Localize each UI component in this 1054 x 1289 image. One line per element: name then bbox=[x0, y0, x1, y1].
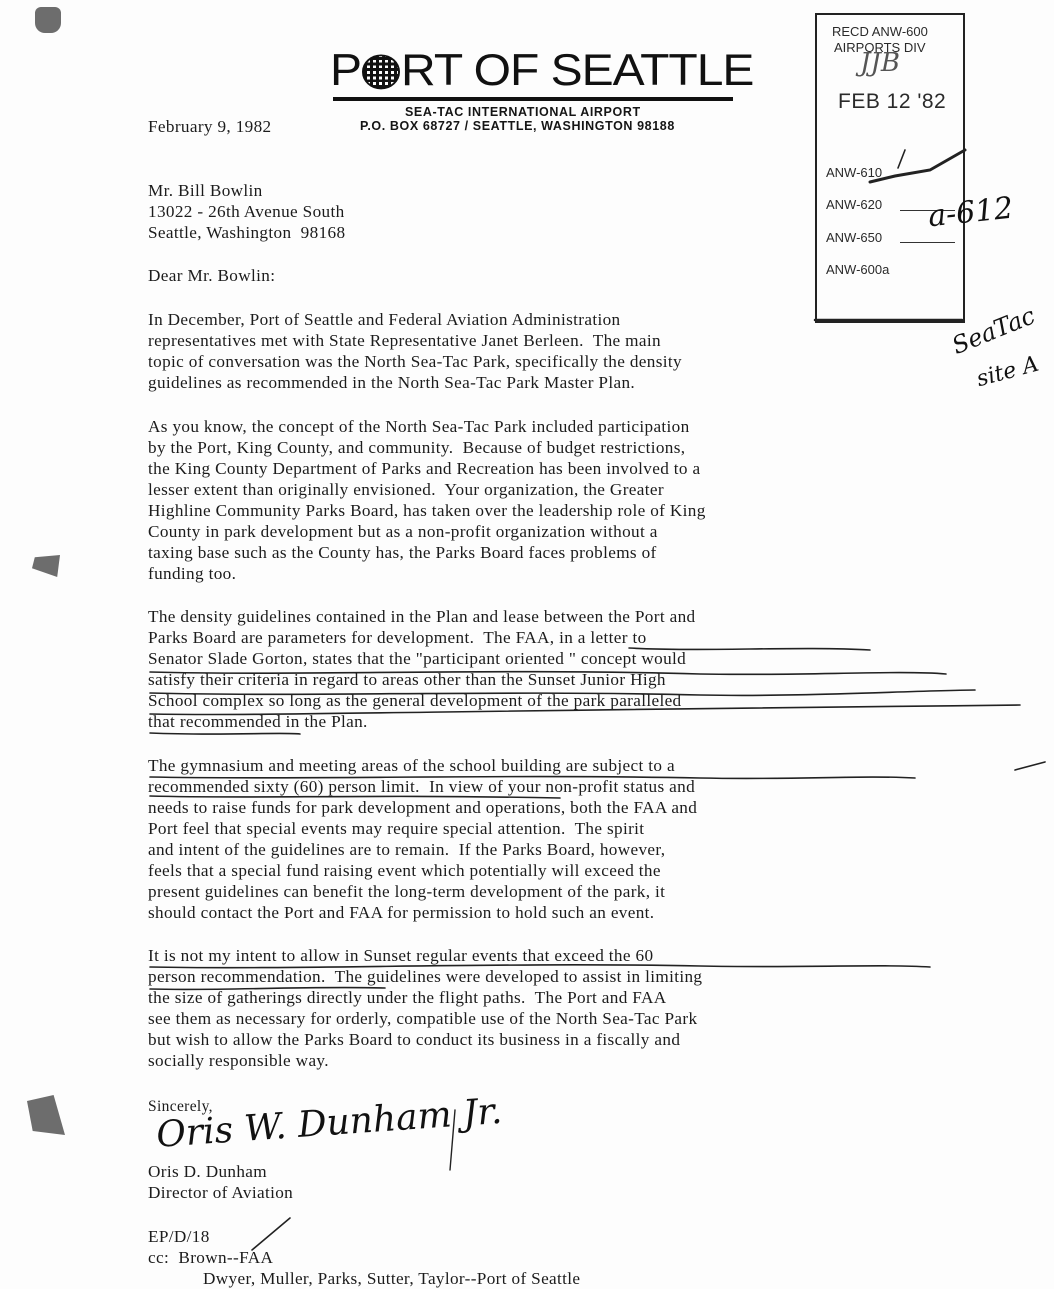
paragraph-line: present guidelines can benefit the long-… bbox=[148, 881, 697, 902]
paragraph-line: needs to raise funds for park developmen… bbox=[148, 797, 697, 818]
recipient-city: Seattle, Washington 98168 bbox=[148, 222, 345, 243]
cc-line-2: Dwyer, Muller, Parks, Sutter, Taylor--Po… bbox=[148, 1268, 580, 1289]
paragraph-5: It is not my intent to allow in Sunset r… bbox=[148, 945, 702, 1071]
paragraph-line: As you know, the concept of the North Se… bbox=[148, 416, 706, 437]
letter-date: February 9, 1982 bbox=[148, 116, 272, 137]
paragraph-line: taxing base such as the County has, the … bbox=[148, 542, 706, 563]
stamp-blank-3 bbox=[900, 242, 955, 243]
paragraph-line: The gymnasium and meeting areas of the s… bbox=[148, 755, 697, 776]
signature-block: Oris D. Dunham Director of Aviation bbox=[148, 1161, 293, 1203]
letterhead-logo: PRT OF SEATTLE bbox=[330, 48, 753, 94]
cc-label: cc: bbox=[148, 1248, 169, 1267]
paragraph-line: by the Port, King County, and community.… bbox=[148, 437, 706, 458]
paragraph-line: recommended sixty (60) person limit. In … bbox=[148, 776, 697, 797]
paragraph-3: The density guidelines contained in the … bbox=[148, 606, 695, 732]
handwritten-route: a-612 bbox=[926, 191, 1014, 235]
recipient-street: 13022 - 26th Avenue South bbox=[148, 201, 345, 222]
globe-icon bbox=[362, 54, 400, 89]
signer-name: Oris D. Dunham bbox=[148, 1161, 293, 1182]
paragraph-line: representatives met with State Represent… bbox=[148, 330, 682, 351]
paragraph-line: person recommendation. The guidelines we… bbox=[148, 966, 702, 987]
paragraph-line: that recommended in the Plan. bbox=[148, 711, 695, 732]
margin-note-line-2: site A bbox=[974, 352, 1041, 392]
punch-hole-bottom bbox=[27, 1095, 65, 1135]
reference-code: EP/D/18 bbox=[148, 1226, 210, 1247]
paragraph-line: but wish to allow the Parks Board to con… bbox=[148, 1029, 702, 1050]
paragraph-4: The gymnasium and meeting areas of the s… bbox=[148, 755, 697, 923]
paragraph-line: satisfy their criteria in regard to area… bbox=[148, 669, 695, 690]
paragraph-line: Parks Board are parameters for developme… bbox=[148, 627, 695, 648]
paragraph-line: feels that a special fund raising event … bbox=[148, 860, 697, 881]
paragraph-line: School complex so long as the general de… bbox=[148, 690, 695, 711]
paragraph-line: The density guidelines contained in the … bbox=[148, 606, 695, 627]
margin-stroke bbox=[1015, 762, 1045, 770]
cc-line-1: Brown--FAA bbox=[178, 1248, 273, 1267]
paragraph-1: In December, Port of Seattle and Federal… bbox=[148, 309, 682, 393]
stamp-routing-3: ANW-650 bbox=[826, 230, 882, 245]
stamp-routing-1: ANW-610 bbox=[826, 165, 882, 180]
paragraph-line: lesser extent than originally envisioned… bbox=[148, 479, 706, 500]
logo-text-suffix: RT OF SEATTLE bbox=[401, 48, 753, 94]
paragraph-line: guidelines as recommended in the North S… bbox=[148, 372, 682, 393]
letterhead-rule bbox=[333, 97, 733, 101]
paragraph-line: see them as necessary for orderly, compa… bbox=[148, 1008, 702, 1029]
letterhead-subtitle: SEA-TAC INTERNATIONAL AIRPORT bbox=[405, 105, 641, 119]
paragraph-line: Senator Slade Gorton, states that the "p… bbox=[148, 648, 695, 669]
paragraph-line: the size of gatherings directly under th… bbox=[148, 987, 702, 1008]
paragraph-line: In December, Port of Seattle and Federal… bbox=[148, 309, 682, 330]
paragraph-line: It is not my intent to allow in Sunset r… bbox=[148, 945, 702, 966]
letterhead-address: P.O. BOX 68727 / SEATTLE, WASHINGTON 981… bbox=[360, 119, 675, 133]
stamp-initials: JJB bbox=[860, 48, 900, 78]
paragraph-line: and intent of the guidelines are to rema… bbox=[148, 839, 697, 860]
recipient-address: Mr. Bill Bowlin 13022 - 26th Avenue Sout… bbox=[148, 180, 345, 243]
paragraph-line: topic of conversation was the North Sea-… bbox=[148, 351, 682, 372]
stamp-routing-4: ANW-600a bbox=[826, 262, 889, 277]
paragraph-line: the King County Department of Parks and … bbox=[148, 458, 706, 479]
signer-title: Director of Aviation bbox=[148, 1182, 293, 1203]
paragraph-line: should contact the Port and FAA for perm… bbox=[148, 902, 697, 923]
paragraph-2: As you know, the concept of the North Se… bbox=[148, 416, 706, 584]
stamp-date: FEB 12 '82 bbox=[838, 90, 946, 114]
punch-hole-middle bbox=[32, 555, 60, 577]
stamp-received-line: RECD ANW-600 bbox=[832, 24, 928, 39]
cc-list: cc: Brown--FAA Dwyer, Muller, Parks, Sut… bbox=[148, 1247, 580, 1289]
paragraph-line: funding too. bbox=[148, 563, 706, 584]
logo-text-prefix: P bbox=[330, 48, 361, 94]
paragraph-line: County in park development but as a non-… bbox=[148, 521, 706, 542]
paragraph-line: Port feel that special events may requir… bbox=[148, 818, 697, 839]
paragraph-line: socially responsible way. bbox=[148, 1050, 702, 1071]
salutation: Dear Mr. Bowlin: bbox=[148, 265, 275, 286]
recipient-name: Mr. Bill Bowlin bbox=[148, 180, 345, 201]
stamp-routing-2: ANW-620 bbox=[826, 197, 882, 212]
punch-hole-top bbox=[35, 7, 61, 33]
paragraph-line: Highline Community Parks Board, has take… bbox=[148, 500, 706, 521]
